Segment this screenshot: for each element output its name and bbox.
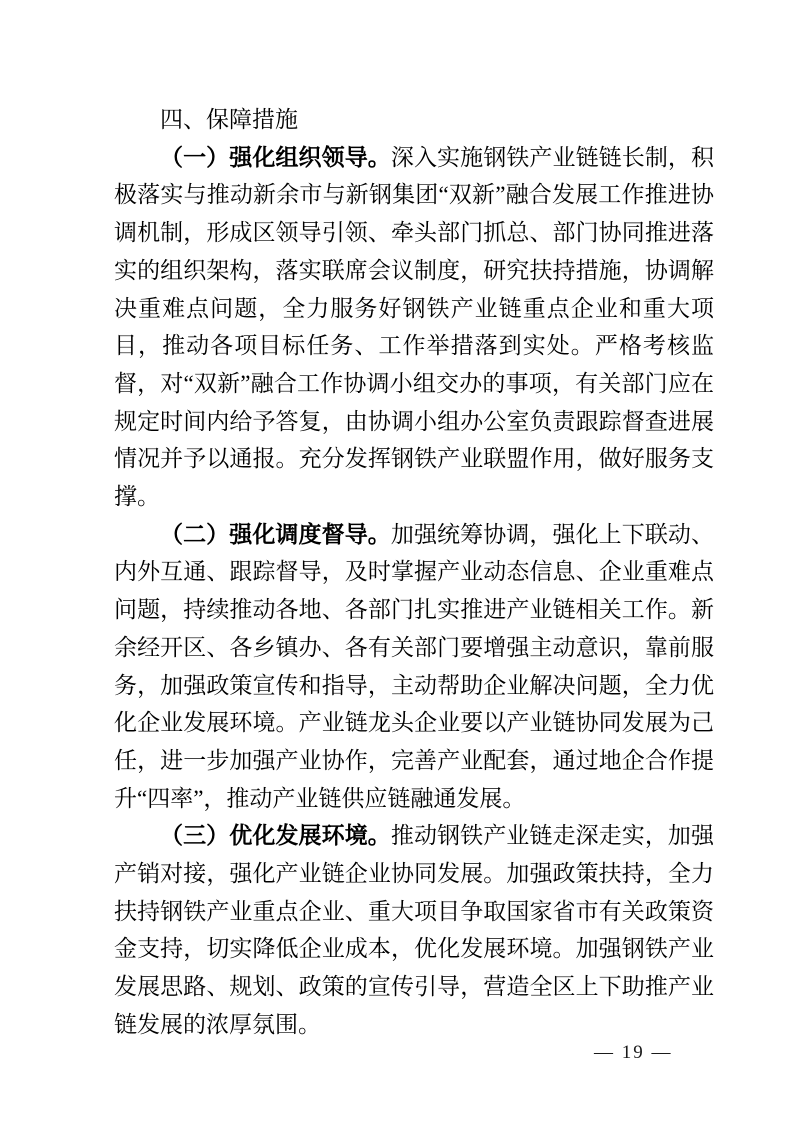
paragraph-2: （二）强化调度督导。加强统筹协调，强化上下联动、内外互通、跟踪督导，及时掌握产业… [114, 516, 714, 818]
paragraph-3-body: 推动钢铁产业链走深走实，加强产销对接，强化产业链企业协同发展。加强政策扶持，全力… [114, 823, 714, 1037]
document-body: 四、保障措施 （一）强化组织领导。深入实施钢铁产业链链长制，积极落实与推动新余市… [114, 101, 714, 1044]
paragraph-1-lead: （一）强化组织领导。 [160, 144, 391, 170]
paragraph-2-lead: （二）强化调度督导。 [160, 521, 391, 547]
paragraph-2-body: 加强统筹协调，强化上下联动、内外互通、跟踪督导，及时掌握产业动态信息、企业重难点… [114, 522, 714, 811]
section-heading: 四、保障措施 [114, 101, 714, 139]
paragraph-1-body: 深入实施钢铁产业链链长制，积极落实与推动新余市与新钢集团“双新”融合发展工作推进… [114, 145, 714, 509]
paragraph-3: （三）优化发展环境。推动钢铁产业链走深走实，加强产销对接，强化产业链企业协同发展… [114, 817, 714, 1043]
page-number: — 19 — [594, 1041, 673, 1064]
paragraph-3-lead: （三）优化发展环境。 [160, 822, 391, 848]
paragraph-1: （一）强化组织领导。深入实施钢铁产业链链长制，积极落实与推动新余市与新钢集团“双… [114, 139, 714, 516]
document-page: 四、保障措施 （一）强化组织领导。深入实施钢铁产业链链长制，积极落实与推动新余市… [0, 0, 793, 1122]
